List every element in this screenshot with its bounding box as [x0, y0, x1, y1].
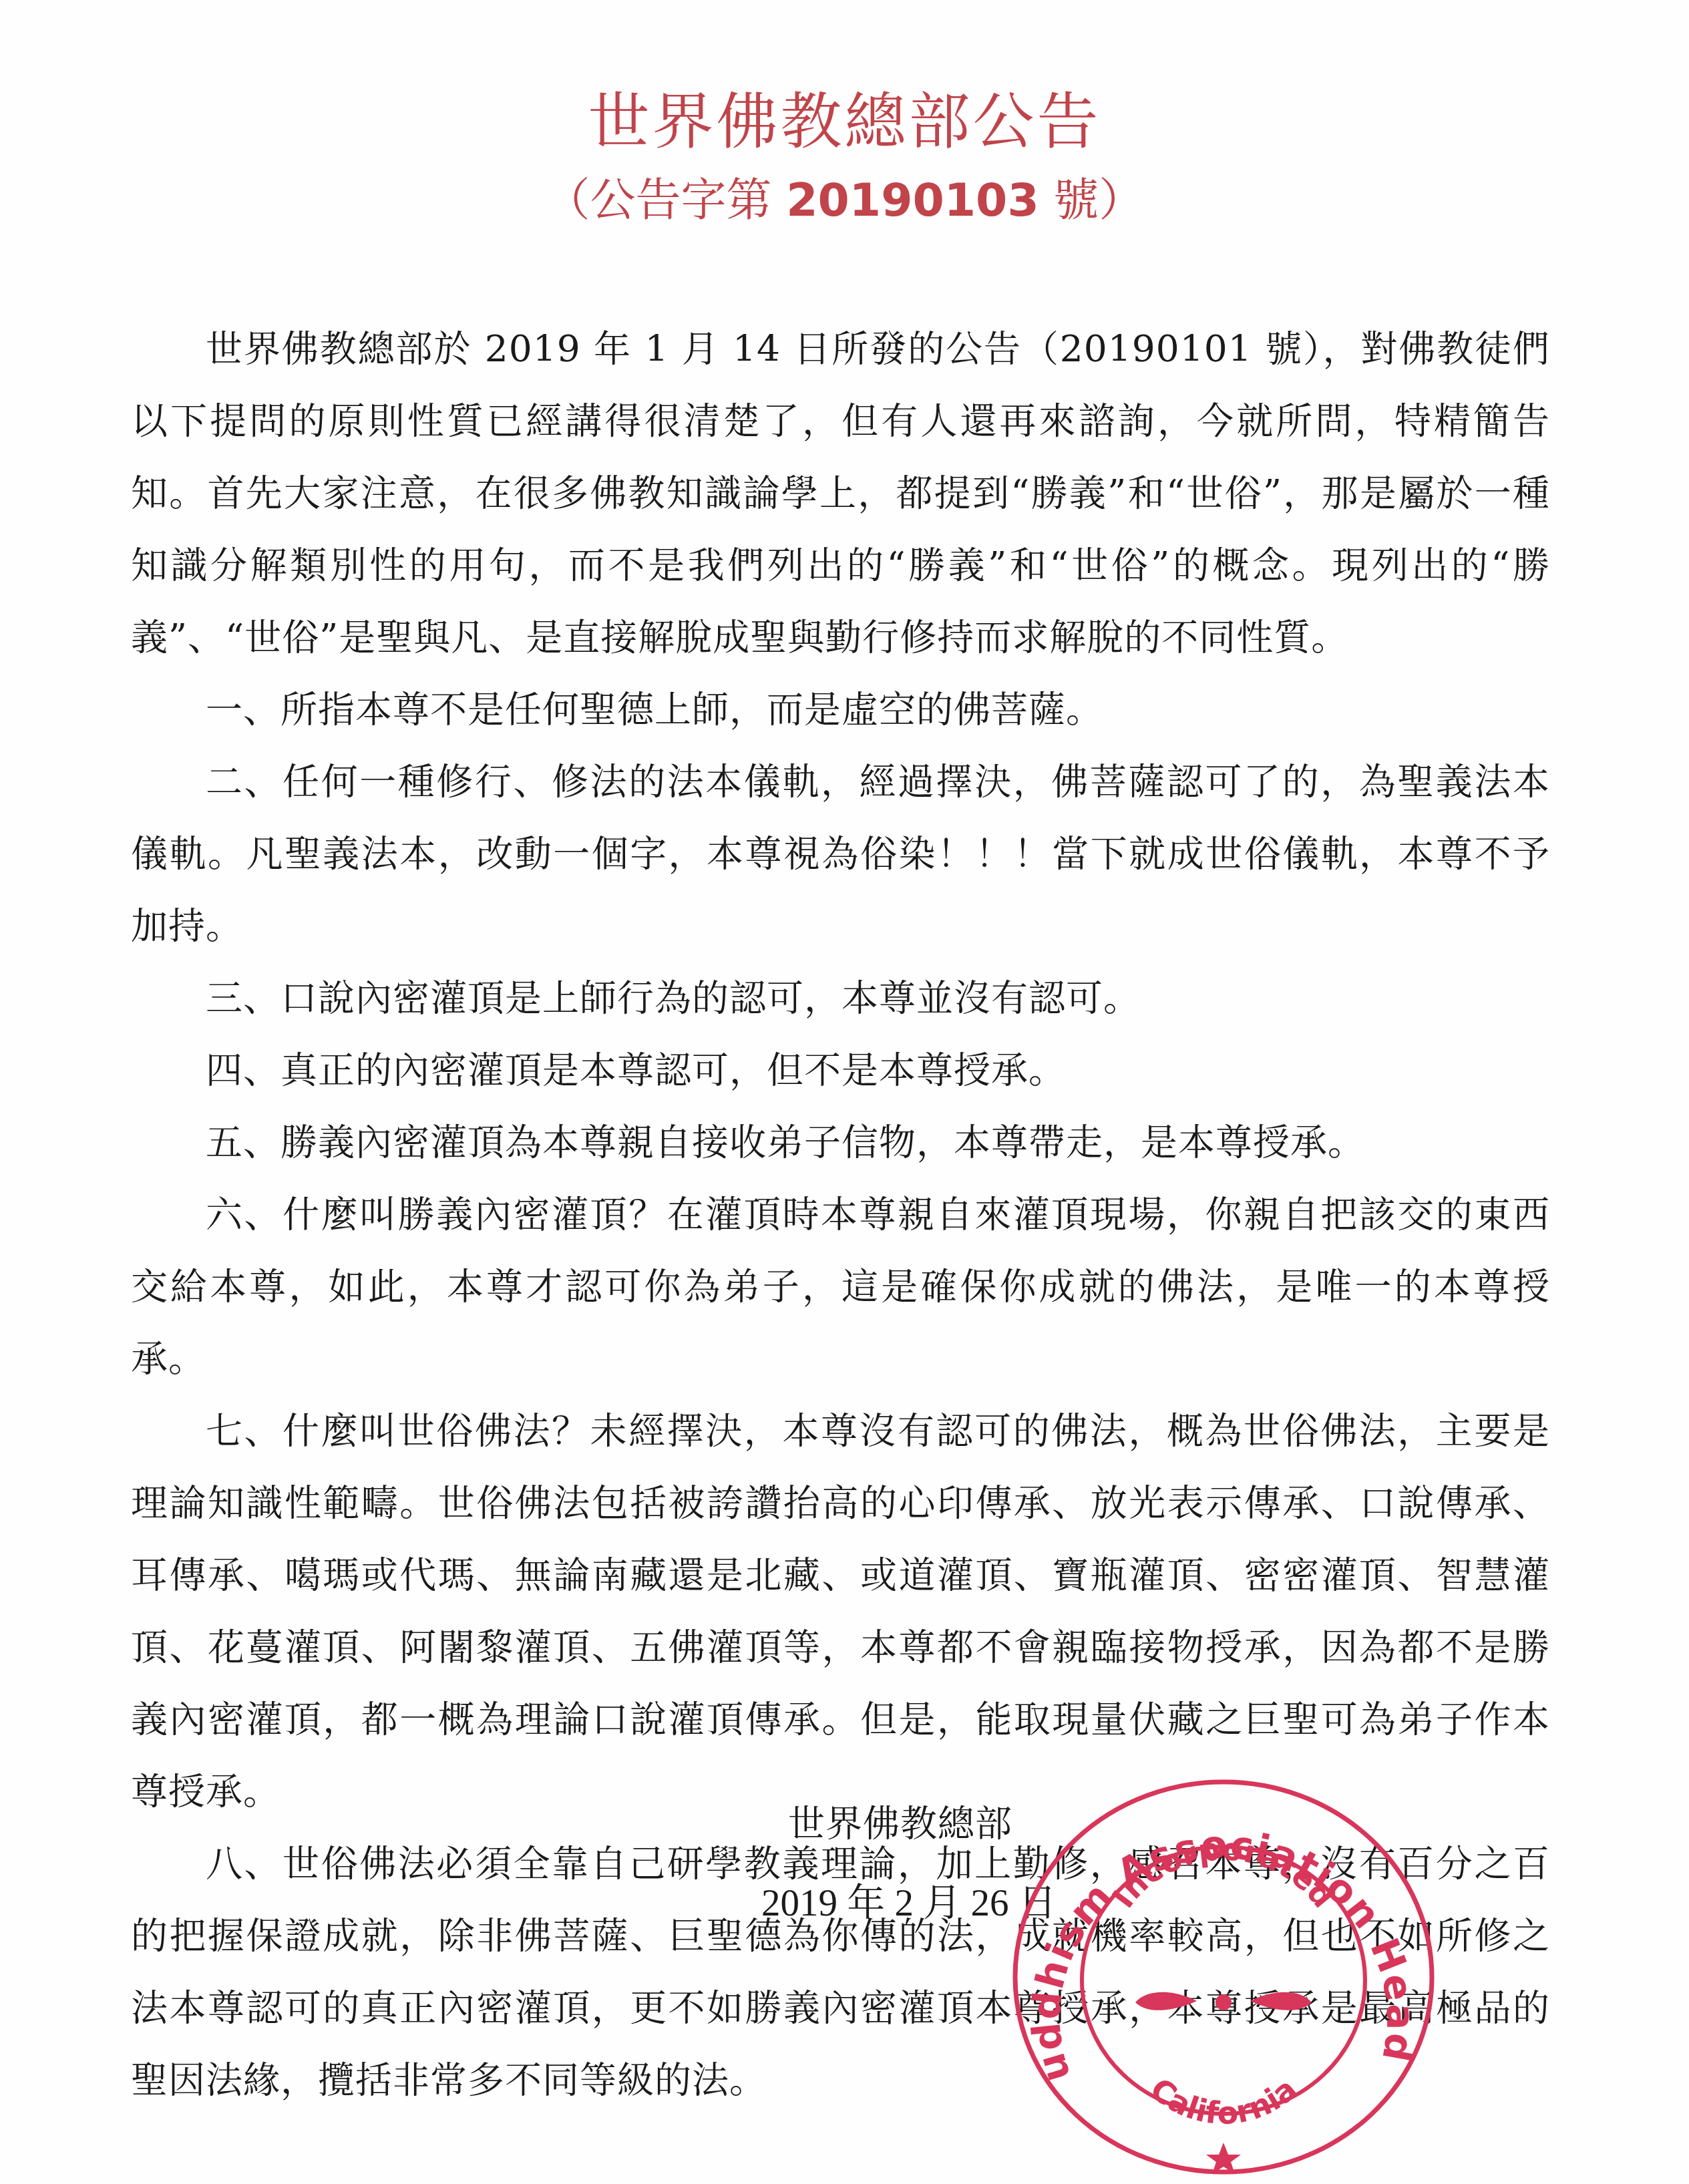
subtitle-close: 號） — [1039, 174, 1145, 227]
document-page: 世界佛教總部公告 （公告字第 20190103 號） 世界佛教總部於 2019 … — [0, 0, 1689, 2184]
item-2: 二、任何一種修行、修法的法本儀軌，經過擇決，佛菩薩認可了的，為聖義法本儀軌。凡聖… — [131, 745, 1550, 962]
seal-outer-text: World Buddhism Association Headquarters — [1003, 1777, 1423, 2087]
seal-inner-bottom-text: California — [1143, 2070, 1304, 2131]
signature-organization: 世界佛教總部 — [788, 1797, 1012, 1850]
svg-text:California: California — [1143, 2070, 1304, 2131]
subtitle-open: （公告字第 — [545, 174, 787, 227]
official-seal-icon: World Buddhism Association Headquarters … — [1003, 1777, 1444, 2177]
document-title: 世界佛教總部公告 — [0, 85, 1689, 159]
item-6: 六、什麼叫勝義內密灌頂？在灌頂時本尊親自來灌頂現場，你親自把該交的東西交給本尊，… — [131, 1178, 1550, 1395]
item-3: 三、口說內密灌頂是上師行為的認可，本尊並沒有認可。 — [131, 962, 1550, 1034]
item-4: 四、真正的內密灌頂是本尊認可，但不是本尊授承。 — [131, 1034, 1550, 1106]
intro-paragraph: 世界佛教總部於 2019 年 1 月 14 日所發的公告（20190101 號）… — [131, 313, 1550, 673]
svg-text:World Buddhism Association Hea: World Buddhism Association Headquarters — [1003, 1777, 1423, 2087]
item-7: 七、什麼叫世俗佛法？未經擇決，本尊沒有認可的佛法，概為世俗佛法，主要是理論知識性… — [131, 1395, 1550, 1827]
document-subtitle: （公告字第 20190103 號） — [0, 171, 1689, 231]
announcement-number: 20190103 — [786, 174, 1039, 227]
item-5: 五、勝義內密灌頂為本尊親自接收弟子信物，本尊帶走，是本尊授承。 — [131, 1106, 1550, 1178]
item-1: 一、所指本尊不是任何聖德上師，而是虛空的佛菩薩。 — [131, 673, 1550, 745]
